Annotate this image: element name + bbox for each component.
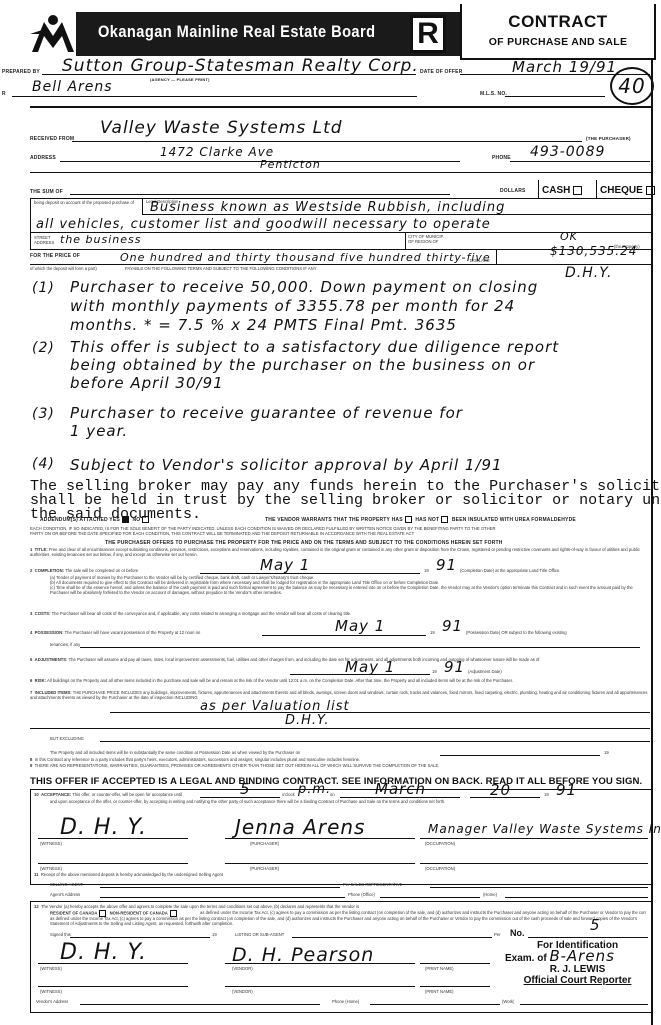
adjustment-year-value[interactable]: 91: [444, 658, 465, 676]
price-label: FOR THE PRICE OF: [30, 253, 80, 259]
included-items-initials: D.H.Y.: [285, 713, 329, 728]
conditions-list: (1) Purchaser to receive 50,000. Down pa…: [30, 280, 650, 482]
receipt-clause: 11 Receipt of the above mentioned deposi…: [34, 872, 223, 877]
acceptance-year-value[interactable]: 91: [556, 781, 577, 799]
agent-value[interactable]: Bell Arens: [32, 79, 113, 95]
price-numeric[interactable]: $130,535.24: [550, 244, 637, 258]
vendor-2-label: (VENDOR): [232, 989, 253, 994]
but-excluding-label: BUT EXCLUDING: [50, 736, 84, 741]
vendor-clause: 12 The Vendor (a) hereby accepts the abo…: [34, 904, 646, 909]
occupation-2-label: (OCCUPATION): [425, 866, 455, 871]
occupation-label: (OCCUPATION): [425, 841, 455, 846]
agent-address-label: Agent's Address: [50, 892, 80, 897]
possession-year-value[interactable]: 91: [442, 617, 463, 635]
completion-subclauses: (a) Tender of payment of monies by the P…: [50, 575, 650, 595]
offer-heading: THE PURCHASER OFFERS TO PURCHASE THE PRO…: [105, 540, 503, 546]
acceptance-ampm-value[interactable]: p.m.: [298, 782, 331, 797]
condition-2: (2) This offer is subject to a satisfact…: [30, 338, 650, 406]
has-checkbox[interactable]: [405, 516, 412, 523]
completion-date-value[interactable]: May 1: [260, 556, 310, 574]
price-subcaption: of which the deposit will form a part): [30, 266, 97, 271]
home-label: (Home): [483, 892, 497, 897]
phone-office-label: Phone (Office): [348, 892, 375, 897]
witness-signature[interactable]: D. H. Y.: [60, 815, 147, 840]
binding-contract-notice: THIS OFFER IF ACCEPTED IS A LEGAL AND BI…: [30, 776, 642, 787]
condition-3: (3) Purchaser to receive guarantee of re…: [30, 406, 650, 452]
purchaser-suffix: (the Purchaser): [586, 136, 631, 141]
acceptance-clause-continued: and upon acceptance of the offer, or cou…: [50, 799, 648, 804]
addendum-no-checkbox[interactable]: [142, 516, 149, 523]
board-name: Okanagan Mainline Real Estate Board: [98, 22, 375, 42]
clause-risk: 6 RISK: All buildings on the Property an…: [30, 678, 650, 683]
phone-label: PHONE: [492, 155, 511, 161]
legal-description-line1[interactable]: Business known as Westside Rubbish, incl…: [150, 200, 505, 215]
prepared-by-label: PREPARED BY: [2, 69, 40, 75]
acceptance-clause: 10 ACCEPTANCE: This offer, or counter-of…: [34, 792, 182, 797]
legal-description-line2[interactable]: all vehicles, customer list and goodwill…: [36, 217, 491, 232]
vendor-label: (VENDOR): [232, 966, 253, 971]
occupation-value[interactable]: Manager Valley Waste Systems Inc: [428, 822, 661, 836]
street-address-label: STREET ADDRESS: [34, 235, 60, 245]
address-line1[interactable]: 1472 Clarke Ave: [160, 145, 274, 159]
mls-label: M.L.S. No.: [480, 91, 507, 97]
acceptance-hour-value[interactable]: 5: [240, 780, 251, 798]
contract-title-box: CONTRACT OF PURCHASE AND SALE: [460, 4, 656, 60]
prepared-by-value[interactable]: Sutton Group-Statesman Realty Corp.: [62, 56, 419, 76]
vendors-address-label: Vendor's Address: [36, 999, 68, 1004]
cheque-label: CHEQUE: [600, 185, 643, 196]
vendor-phone-home-label: Phone (Home): [332, 999, 359, 1004]
has-not-checkbox[interactable]: [441, 516, 448, 523]
witness-2-label: (WITNESS): [40, 866, 62, 871]
price-dollars-label: DOLLARS: [470, 258, 490, 263]
court-reporter-stamp: For Identification Exam. of B-Arens R. J…: [505, 940, 650, 986]
exhibit-no-value: 5: [590, 916, 601, 934]
print-name-2-label: (PRINT NAME): [425, 989, 454, 994]
selling-agent-label: SELLING AGENT: [50, 882, 83, 887]
street-address-value[interactable]: the business: [60, 233, 142, 246]
contract-title: CONTRACT: [462, 12, 654, 32]
clause-adjustments: 5 ADJUSTMENTS: The Purchaser will assume…: [30, 654, 650, 666]
address-label: ADDRESS: [30, 155, 56, 161]
cash-option[interactable]: CASH: [542, 185, 582, 196]
purchaser-label: (PURCHASER): [250, 841, 279, 846]
dollars-label: DOLLARS: [500, 188, 526, 194]
terms-caption: PAYABLE ON THE FOLLOWING TERMS AND SUBJE…: [125, 266, 317, 271]
vendor-witness-signature[interactable]: D. H. Y.: [60, 940, 147, 965]
city-note: OK: [560, 230, 578, 243]
condition-1: (1) Purchaser to receive 50,000. Down pa…: [30, 280, 650, 338]
clause-definitions: 8 In this Contract any reference to a pa…: [30, 757, 650, 762]
vendor-work-label: (Work): [502, 999, 514, 1004]
realtor-r-icon: R: [410, 15, 446, 53]
deposit-label: being deposit on account of the proposed…: [34, 200, 139, 205]
cash-label: CASH: [542, 185, 570, 196]
price-initials: D.H.Y.: [565, 265, 612, 281]
clause-costs: 3 COSTS: The Purchaser will bear all cos…: [30, 611, 650, 616]
vendor-witness-label: (WITNESS): [40, 966, 62, 971]
addendum-yes-checkbox[interactable]: [122, 516, 129, 523]
cheque-option[interactable]: CHEQUE: [600, 185, 655, 196]
clause-representations: 9 THERE ARE NO REPRESENTATIONS, WARRANTI…: [30, 763, 650, 768]
price-words[interactable]: One hundred and thirty thousand five hun…: [120, 251, 491, 264]
print-name-label: (PRINT NAME): [425, 966, 454, 971]
vendor-witness-2-label: (WITNESS): [40, 989, 62, 994]
address-line2[interactable]: Penticton: [260, 158, 321, 171]
board-logo-icon: [30, 12, 76, 56]
sales-rep-label: Per SALES REPRESENTATIVE: [343, 882, 402, 887]
listing-agent-label: LISTING OR SUB-AGENT: [235, 932, 284, 937]
cash-checkbox[interactable]: [573, 186, 582, 195]
purchaser-2-label: (PURCHASER): [250, 866, 279, 871]
cheque-checkbox[interactable]: [646, 186, 655, 195]
sum-label: THE SUM OF: [30, 189, 63, 195]
clause-viewed: The Property and all included items will…: [50, 750, 300, 755]
contract-subtitle: OF PURCHASE AND SALE: [462, 36, 654, 48]
date-of-offer-label: DATE OF OFFER: [420, 69, 463, 75]
urea-warranty-row: THE VENDOR WARRANTS THAT THE PROPERTY HA…: [265, 516, 576, 523]
received-from-label: RECEIVED FROM: [30, 136, 74, 142]
phone-value[interactable]: 493-0089: [530, 144, 605, 160]
acceptance-date-value[interactable]: March: [375, 780, 426, 798]
clause-title: 1 TITLE: Free and clear of all encumbran…: [30, 547, 650, 557]
addendum-row: ADDENDUM(S) ATTACHED YES NO: [40, 516, 151, 523]
agency-caption: (AGENCY — PLEASE PRINT): [150, 77, 210, 82]
received-from-value[interactable]: Valley Waste Systems Ltd: [100, 118, 343, 138]
city-label: CITY OF MUNICIP. OF REGION OF: [408, 234, 448, 244]
exhibit-number: 40: [610, 67, 654, 105]
purchaser-signature[interactable]: Jenna Arens: [235, 815, 365, 839]
signed-this-label: Signed this: [50, 932, 71, 937]
completion-year-value[interactable]: 91: [436, 556, 457, 574]
agent-label: R: [2, 91, 6, 97]
witness-label: (WITNESS): [40, 841, 62, 846]
exhibit-no-label: No.: [510, 928, 525, 938]
condition-fine-print-2: PARTY ON OR BEFORE THE DATE SPECIFIED FO…: [30, 531, 650, 536]
possession-date-value[interactable]: May 1: [335, 617, 385, 635]
